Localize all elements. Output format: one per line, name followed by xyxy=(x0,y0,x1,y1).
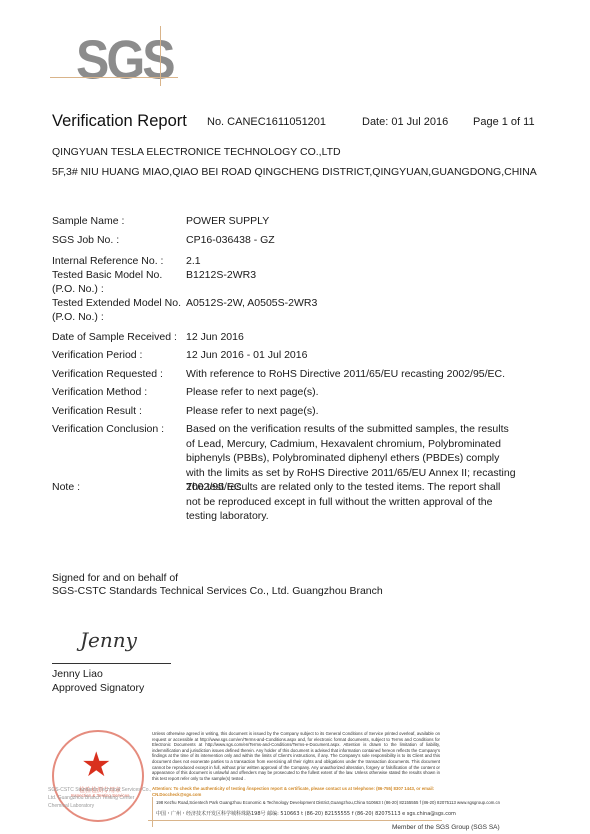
field-value: With reference to RoHS Directive 2011/65… xyxy=(186,367,561,381)
field-label: Internal Reference No. : xyxy=(52,254,182,268)
address-english: 198 Kezhu Road,Scientech Park Guangzhou … xyxy=(156,800,500,805)
logo-horizontal-line xyxy=(50,77,178,78)
field-label: Tested Extended Model No. (P.O. No.) : xyxy=(52,296,184,324)
field-label: Verification Period : xyxy=(52,348,182,362)
field-label: Tested Basic Model No. (P.O. No.) : xyxy=(52,268,180,296)
signatory-name: Jenny Liao xyxy=(52,667,144,681)
field-value: The test results are related only to the… xyxy=(186,480,516,524)
field-label: SGS Job No. : xyxy=(52,233,182,247)
disclaimer-text: Unless otherwise agreed in writing, this… xyxy=(152,731,440,781)
footer-vertical-line xyxy=(152,797,153,827)
member-notice: Member of the SGS Group (SGS SA) xyxy=(392,824,500,831)
sgs-logo: SGS xyxy=(50,26,180,88)
field-value: A0512S-2W, A0505S-2WR3 xyxy=(186,296,561,310)
signatory-title: Approved Signatory xyxy=(52,681,144,695)
logo-vertical-line xyxy=(160,26,161,86)
field-value: CP16-036438 - GZ xyxy=(186,233,561,247)
field-value: Please refer to next page(s). xyxy=(186,385,561,399)
field-label: Verification Result : xyxy=(52,404,182,418)
address-chinese: 中国・广州・经济技术开发区科学城科珠路198号 邮编: 510663 t (86… xyxy=(156,810,456,817)
signed-on-behalf: Signed for and on behalf of SGS-CSTC Sta… xyxy=(52,572,383,598)
handwritten-signature: Jenny xyxy=(80,628,137,652)
client-address: 5F,3# NIU HUANG MIAO,QIAO BEI ROAD QINGC… xyxy=(52,162,537,182)
signature-line xyxy=(52,663,171,664)
field-label: Verification Requested : xyxy=(52,367,182,381)
field-value: B1212S-2WR3 xyxy=(186,268,561,282)
logo-text: SGS xyxy=(76,28,173,92)
report-title: Verification Report xyxy=(52,112,187,131)
authenticity-notice: Attention: To check the authenticity of … xyxy=(152,786,442,797)
report-header: Verification Report No. CANEC1611051201 … xyxy=(52,112,562,134)
page-number: Page 1 of 11 xyxy=(473,116,535,128)
footer-horizontal-line xyxy=(148,820,442,821)
report-number: No. CANEC1611051201 xyxy=(207,116,326,128)
field-label: Note : xyxy=(52,480,182,494)
field-value: Please refer to next page(s). xyxy=(186,404,561,418)
field-value: 2.1 xyxy=(186,254,561,268)
signed-for-text: Signed for and on behalf of xyxy=(52,572,383,585)
star-icon: ★ xyxy=(81,748,111,782)
field-label: Verification Method : xyxy=(52,385,182,399)
field-label: Date of Sample Received : xyxy=(52,330,182,344)
field-value: 12 Jun 2016 xyxy=(186,330,561,344)
signatory: Jenny Liao Approved Signatory xyxy=(52,667,144,695)
field-label: Sample Name : xyxy=(52,214,182,228)
client-block: QINGYUAN TESLA ELECTRONICE TECHNOLOGY CO… xyxy=(52,142,537,182)
field-label: Verification Conclusion : xyxy=(52,422,182,436)
field-value: 12 Jun 2016 - 01 Jul 2016 xyxy=(186,348,561,362)
client-name: QINGYUAN TESLA ELECTRONICE TECHNOLOGY CO… xyxy=(52,142,537,162)
report-date: Date: 01 Jul 2016 xyxy=(362,116,448,128)
signing-company: SGS-CSTC Standards Technical Services Co… xyxy=(52,585,383,598)
stamp-caption: SGS-CSTC Standards Technical Services Co… xyxy=(48,786,156,810)
field-value: POWER SUPPLY xyxy=(186,214,561,228)
